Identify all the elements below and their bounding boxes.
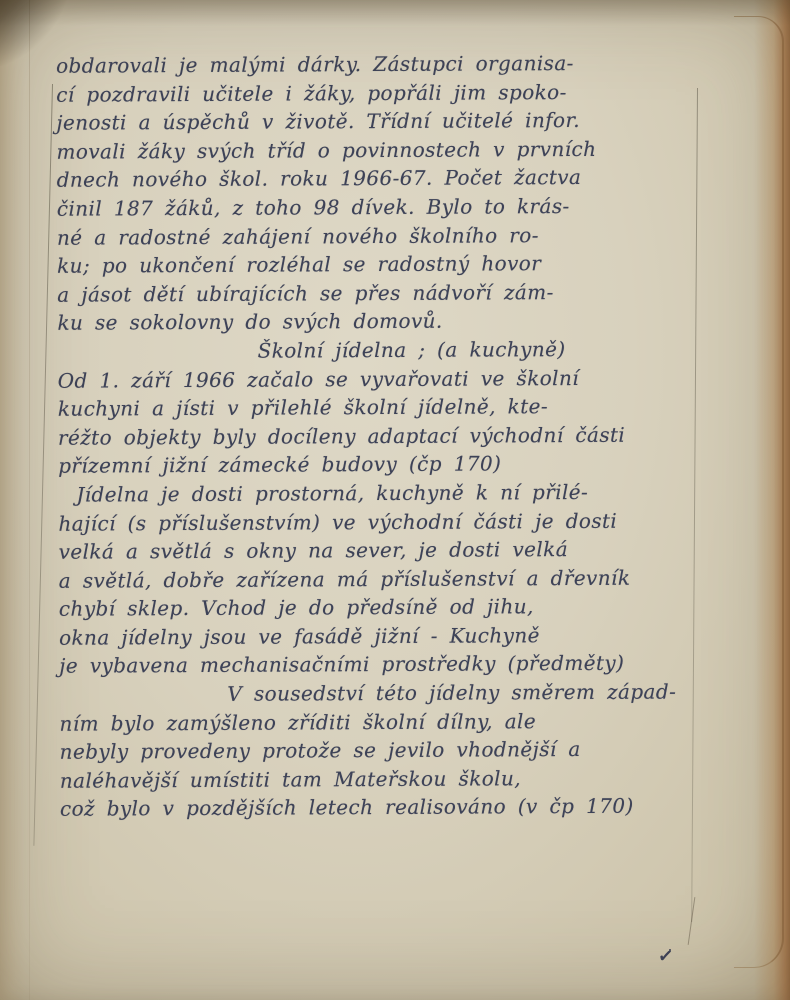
- ink-dot: [669, 949, 671, 951]
- text-line: naléhavější umístiti tam Mateřskou školu…: [60, 763, 710, 795]
- text-line: je vybavena mechanisačními prostředky (p…: [59, 649, 709, 681]
- top-edge-shadow: [0, 0, 790, 26]
- text-line: což bylo v pozdějších letech realisováno…: [60, 792, 710, 824]
- text-line: činil 187 žáků, z toho 98 dívek. Bylo to…: [57, 191, 707, 223]
- text-line: dnech nového škol. roku 1966-67. Počet ž…: [57, 163, 707, 195]
- text-line: Jídelna je dosti prostorná, kuchyně k ní…: [58, 477, 708, 509]
- checkmark-annotation: ✓: [657, 945, 674, 967]
- text-line: cí pozdravili učitele i žáky, popřáli ji…: [56, 77, 706, 109]
- left-crease-line: [29, 0, 30, 1000]
- page-corner-outline: [734, 16, 784, 968]
- text-line: Od 1. září 1966 začalo se vyvařovati ve …: [58, 363, 708, 395]
- text-line: movali žáky svých tříd o povinnostech v …: [56, 134, 706, 166]
- text-line: obdarovali je malými dárky. Zástupci org…: [56, 48, 706, 80]
- left-page-edge-strip: [0, 0, 30, 1000]
- text-line: okna jídelny jsou ve fasádě jižní - Kuch…: [59, 620, 709, 652]
- handwritten-text: obdarovali je malými dárky. Zástupci org…: [56, 48, 710, 823]
- text-line: hající (s příslušenstvím) ve východní čá…: [58, 506, 708, 538]
- text-line: a světlá, dobře zařízena má příslušenstv…: [59, 563, 709, 595]
- text-line: ku; po ukončení rozléhal se radostný hov…: [57, 248, 707, 280]
- chronicle-page-photo: obdarovali je malými dárky. Zástupci org…: [0, 0, 790, 1000]
- text-line: velká a světlá s okny na sever, je dosti…: [59, 534, 709, 566]
- text-line: né a radostné zahájení nového školního r…: [57, 220, 707, 252]
- text-line: V sousedství této jídelny směrem západ-: [59, 677, 709, 709]
- text-line: jenosti a úspěchů v životě. Třídní učite…: [56, 105, 706, 137]
- text-line: chybí sklep. Vchod je do předsíně od jih…: [59, 592, 709, 624]
- text-line: ku se sokolovny do svých domovů.: [57, 306, 707, 338]
- text-line: kuchyni a jísti v přilehlé školní jídeln…: [58, 391, 708, 423]
- left-margin-rule: [33, 84, 53, 846]
- text-line: a jásot dětí ubírajících se přes nádvoří…: [57, 277, 707, 309]
- section-heading: Školní jídelna ; (a kuchyně): [57, 334, 707, 366]
- text-line: ním bylo zamýšleno zříditi školní dílny,…: [59, 706, 709, 738]
- text-line: réžto objekty byly docíleny adaptací výc…: [58, 420, 708, 452]
- text-line: nebyly provedeny protože se jevilo vhodn…: [60, 735, 710, 767]
- text-line: přízemní jižní zámecké budovy (čp 170): [58, 449, 708, 481]
